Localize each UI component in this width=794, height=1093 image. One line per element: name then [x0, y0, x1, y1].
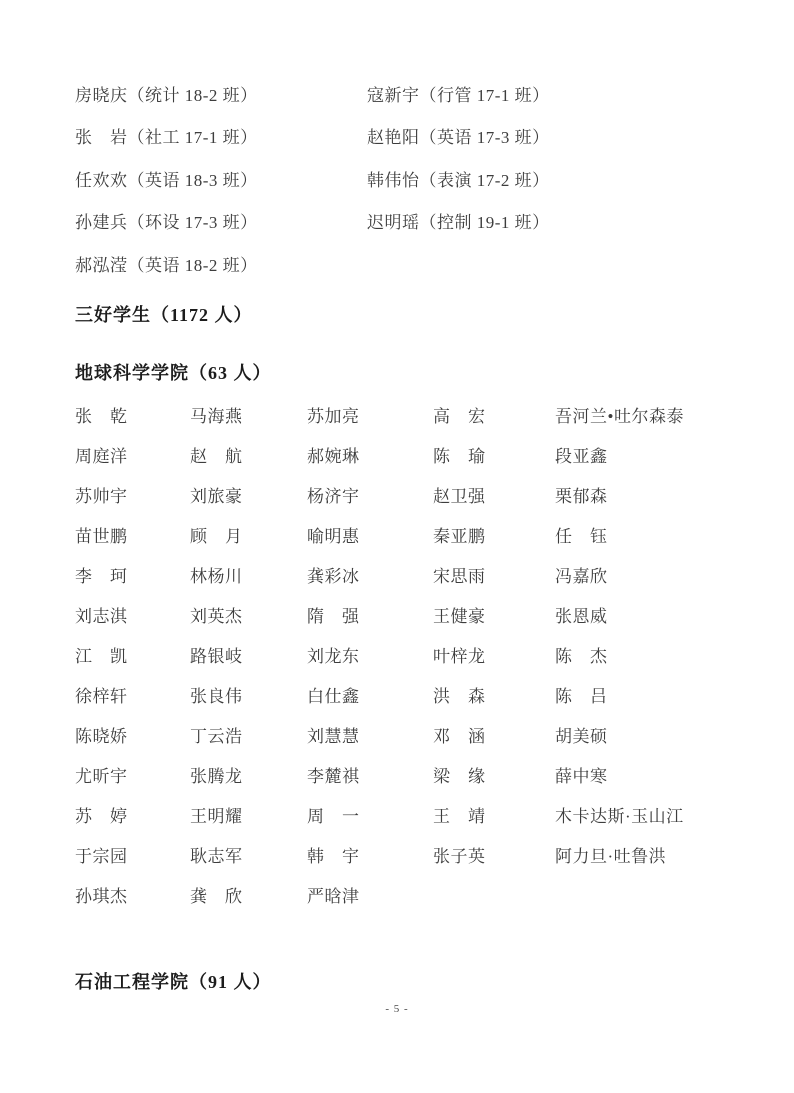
awardee-entry: 房晓庆（统计 18-2 班） [75, 81, 367, 106]
student-name: 于宗园 [75, 842, 190, 867]
awardee-entry: 赵艳阳（英语 17-3 班） [367, 123, 735, 148]
student-name: 刘英杰 [190, 602, 307, 627]
awardee-row: 郝泓滢（英语 18-2 班） [75, 242, 735, 285]
name-grid-row: 周庭洋 赵 航 郝婉琳 陈 瑜 段亚鑫 [75, 434, 780, 474]
student-name: 韩 宇 [307, 842, 433, 867]
student-name: 陈 吕 [555, 682, 780, 707]
section-heading-petroleum-engineering-college: 石油工程学院（91 人） [75, 968, 272, 994]
student-name: 耿志军 [190, 842, 307, 867]
student-name: 张子英 [433, 842, 555, 867]
student-name: 刘慧慧 [307, 722, 433, 747]
name-grid-row: 苏帅宇 刘旅豪 杨济宇 赵卫强 栗郁森 [75, 474, 780, 514]
awardee-entry: 任欢欢（英语 18-3 班） [75, 166, 367, 191]
student-name: 王 靖 [433, 802, 555, 827]
awardee-entry: 孙建兵（环设 17-3 班） [75, 208, 367, 233]
awardee-row: 孙建兵（环设 17-3 班） 迟明瑶（控制 19-1 班） [75, 200, 735, 243]
student-name: 路银岐 [190, 642, 307, 667]
name-grid-row: 孙琪杰 龚 欣 严晗津 [75, 874, 780, 914]
student-name: 苏加亮 [307, 402, 433, 427]
student-name: 龚 欣 [190, 882, 307, 907]
student-name: 孙琪杰 [75, 882, 190, 907]
student-name: 周 一 [307, 802, 433, 827]
student-name: 陈晓娇 [75, 722, 190, 747]
student-name: 胡美硕 [555, 722, 780, 747]
student-name: 陈 杰 [555, 642, 780, 667]
student-name: 陈 瑜 [433, 442, 555, 467]
student-name: 邓 涵 [433, 722, 555, 747]
student-name: 张腾龙 [190, 762, 307, 787]
student-name: 段亚鑫 [555, 442, 780, 467]
student-name: 阿力旦·吐鲁洪 [555, 842, 780, 867]
student-name: 木卡达斯·玉山江 [555, 802, 780, 827]
student-name: 白仕鑫 [307, 682, 433, 707]
student-name: 马海燕 [190, 402, 307, 427]
student-name: 苗世鹏 [75, 522, 190, 547]
student-name: 隋 强 [307, 602, 433, 627]
awardee-row: 任欢欢（英语 18-3 班） 韩伟怡（表演 17-2 班） [75, 157, 735, 200]
student-name: 张 乾 [75, 402, 190, 427]
student-name: 赵 航 [190, 442, 307, 467]
section-heading-earth-science-college: 地球科学学院（63 人） [75, 359, 272, 385]
student-name: 宋思雨 [433, 562, 555, 587]
student-name-grid: 张 乾 马海燕 苏加亮 高 宏 吾河兰•吐尔森泰 周庭洋 赵 航 郝婉琳 陈 瑜… [75, 394, 780, 914]
student-name: 杨济宇 [307, 482, 433, 507]
student-name: 任 钰 [555, 522, 780, 547]
student-name: 尤昕宇 [75, 762, 190, 787]
name-grid-row: 苗世鹏 顾 月 喻明惠 秦亚鹏 任 钰 [75, 514, 780, 554]
name-grid-row: 苏 婷 王明耀 周 一 王 靖 木卡达斯·玉山江 [75, 794, 780, 834]
student-name: 林杨川 [190, 562, 307, 587]
name-grid-row: 张 乾 马海燕 苏加亮 高 宏 吾河兰•吐尔森泰 [75, 394, 780, 434]
student-name: 刘志淇 [75, 602, 190, 627]
awardee-entry: 张 岩（社工 17-1 班） [75, 123, 367, 148]
section-heading-sanhao-students: 三好学生（1172 人） [75, 301, 253, 327]
student-name: 李 珂 [75, 562, 190, 587]
student-name: 秦亚鹏 [433, 522, 555, 547]
awardee-row: 房晓庆（统计 18-2 班） 寇新宇（行管 17-1 班） [75, 72, 735, 115]
student-name: 刘龙东 [307, 642, 433, 667]
student-name: 薛中寒 [555, 762, 780, 787]
student-name: 苏帅宇 [75, 482, 190, 507]
student-name: 顾 月 [190, 522, 307, 547]
student-name: 王明耀 [190, 802, 307, 827]
document-page: 房晓庆（统计 18-2 班） 寇新宇（行管 17-1 班） 张 岩（社工 17-… [0, 0, 794, 1093]
awardee-class-list: 房晓庆（统计 18-2 班） 寇新宇（行管 17-1 班） 张 岩（社工 17-… [75, 72, 735, 285]
student-name: 李麓祺 [307, 762, 433, 787]
student-name: 赵卫强 [433, 482, 555, 507]
name-grid-row: 徐梓轩 张良伟 白仕鑫 洪 森 陈 吕 [75, 674, 780, 714]
name-grid-row: 李 珂 林杨川 龚彩冰 宋思雨 冯嘉欣 [75, 554, 780, 594]
student-name: 张恩威 [555, 602, 780, 627]
student-name: 洪 森 [433, 682, 555, 707]
student-name: 喻明惠 [307, 522, 433, 547]
student-name: 龚彩冰 [307, 562, 433, 587]
student-name: 郝婉琳 [307, 442, 433, 467]
student-name: 梁 缘 [433, 762, 555, 787]
awardee-entry: 韩伟怡（表演 17-2 班） [367, 166, 735, 191]
name-grid-row: 陈晓娇 丁云浩 刘慧慧 邓 涵 胡美硕 [75, 714, 780, 754]
student-name: 高 宏 [433, 402, 555, 427]
student-name: 丁云浩 [190, 722, 307, 747]
student-name: 吾河兰•吐尔森泰 [555, 402, 780, 427]
student-name: 江 凯 [75, 642, 190, 667]
name-grid-row: 江 凯 路银岐 刘龙东 叶梓龙 陈 杰 [75, 634, 780, 674]
awardee-entry: 迟明瑶（控制 19-1 班） [367, 208, 735, 233]
student-name: 刘旅豪 [190, 482, 307, 507]
name-grid-row: 于宗园 耿志军 韩 宇 张子英 阿力旦·吐鲁洪 [75, 834, 780, 874]
awardee-entry: 郝泓滢（英语 18-2 班） [75, 251, 367, 276]
student-name: 张良伟 [190, 682, 307, 707]
name-grid-row: 尤昕宇 张腾龙 李麓祺 梁 缘 薛中寒 [75, 754, 780, 794]
student-name: 周庭洋 [75, 442, 190, 467]
student-name: 冯嘉欣 [555, 562, 780, 587]
awardee-entry: 寇新宇（行管 17-1 班） [367, 81, 735, 106]
student-name: 苏 婷 [75, 802, 190, 827]
page-number: - 5 - [0, 1003, 794, 1015]
student-name: 王健豪 [433, 602, 555, 627]
name-grid-row: 刘志淇 刘英杰 隋 强 王健豪 张恩威 [75, 594, 780, 634]
awardee-row: 张 岩（社工 17-1 班） 赵艳阳（英语 17-3 班） [75, 115, 735, 158]
student-name: 徐梓轩 [75, 682, 190, 707]
student-name: 严晗津 [307, 882, 433, 907]
student-name: 叶梓龙 [433, 642, 555, 667]
student-name: 栗郁森 [555, 482, 780, 507]
